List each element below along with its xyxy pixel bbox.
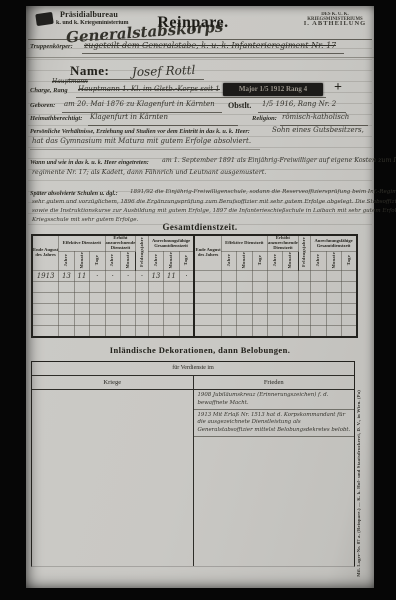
decorations-column-headers: Kriege Frieden: [32, 376, 354, 390]
service-cell: [179, 326, 194, 338]
field-schulen-label: Später absolvierte Schulen u. dgl.:: [30, 190, 118, 197]
service-row: [32, 304, 357, 315]
service-cell: [164, 293, 179, 304]
service-cell: [342, 315, 357, 326]
service-cell: [148, 293, 163, 304]
service-cell: [311, 282, 326, 293]
service-cell: [221, 315, 236, 326]
service-cell: [164, 304, 179, 315]
service-cell: [32, 315, 59, 326]
subcol-jahre: Jahre: [267, 252, 282, 271]
cross-mark: +: [334, 80, 342, 96]
scanned-document-photo: Präsidialbureau k. und k. Kriegsminister…: [0, 0, 396, 600]
kriege-column-empty: [32, 390, 194, 566]
underline: [82, 53, 344, 54]
service-cell: [221, 326, 236, 338]
service-cell: [283, 315, 298, 326]
service-cell: 1913: [32, 271, 59, 282]
field-charge-struck-value: Hauptmann 1. Kl. im Glstb.-Korps seit 1.…: [78, 85, 220, 93]
subcol-tage: Tage: [342, 252, 357, 271]
service-cell: [342, 282, 357, 293]
service-cell: [179, 315, 194, 326]
service-cell: [120, 282, 135, 293]
col-header-effective: Effektive Dienstzeit: [221, 235, 267, 252]
service-cell: [194, 293, 221, 304]
field-geboren-value: am 20. Mai 1876 zu Klagenfurt in Kärnten: [64, 100, 215, 108]
service-cell: [298, 271, 310, 282]
service-cell: [164, 315, 179, 326]
service-cell: [59, 282, 74, 293]
col-kriege: Kriege: [32, 376, 194, 389]
service-cell: [105, 282, 120, 293]
service-cell: ·: [105, 271, 120, 282]
charge-overstamp: Major 1/5 1912 Rang 4: [223, 83, 323, 96]
underline: [68, 79, 204, 80]
subcol-jahre: Jahre: [311, 252, 326, 271]
header-divider: [28, 39, 372, 40]
service-cell: [267, 315, 282, 326]
service-row: 19131311····1311·: [32, 271, 357, 282]
service-row: [32, 282, 357, 293]
service-cell: [221, 293, 236, 304]
service-cell: [237, 282, 252, 293]
field-eintritt-value2: regimente Nr. 17; als Kadett, dann Fähnr…: [32, 169, 266, 176]
service-cell: [298, 304, 310, 315]
service-cell: [32, 282, 59, 293]
subcol-jahre: Jahre: [148, 252, 163, 271]
service-cell: [90, 293, 105, 304]
service-cell: [237, 271, 252, 282]
service-cell: [32, 326, 59, 338]
service-cell: [194, 282, 221, 293]
service-cell: ·: [179, 271, 194, 282]
service-row: [32, 293, 357, 304]
service-cell: [252, 315, 267, 326]
service-cell: [194, 315, 221, 326]
field-schulen-line2: sehr gutem und vorzüglichem, 1896 die Er…: [32, 199, 396, 205]
service-cell: [74, 326, 89, 338]
service-cell: [311, 315, 326, 326]
field-religion-value: römisch-katholisch: [282, 113, 349, 121]
service-row: [32, 326, 357, 338]
col-header-feldzug: Feldzugsjahre: [136, 235, 148, 271]
service-cell: [59, 304, 74, 315]
rank-date-value: 1/5 1916, Rang Nr. 2: [262, 100, 336, 108]
service-cell: [311, 293, 326, 304]
service-cell: [74, 315, 89, 326]
frieden-entry: 1913 Mit Erlaß Nr. 1513 hat d. Korpskomm…: [194, 410, 355, 437]
service-cell: [298, 293, 310, 304]
service-cell: [252, 326, 267, 338]
service-cell: [105, 304, 120, 315]
service-cell: [148, 282, 163, 293]
frieden-entry: 1908 Jubiläumskreuz (Erinnerungszeichen)…: [194, 390, 355, 410]
service-cell: [179, 293, 194, 304]
service-cell: [298, 315, 310, 326]
service-cell: [283, 326, 298, 338]
service-cell: [221, 271, 236, 282]
service-cell: [298, 326, 310, 338]
field-charge-label: Charge, Rang: [30, 87, 68, 94]
col-header-feldzug: Feldzugsjahre: [298, 235, 310, 271]
field-persoenliche-value1: Sohn eines Gutsbesitzers,: [272, 126, 364, 134]
service-cell: [252, 304, 267, 315]
printer-imprint: Mil. Lager-Nr. 87 a. (Reinpare.) — K. k.…: [356, 390, 366, 580]
service-cell: [267, 326, 282, 338]
subcol-jahre: Jahre: [59, 252, 74, 271]
field-geboren-label: Geboren:: [30, 102, 55, 109]
service-cell: [194, 271, 221, 282]
service-cell: [311, 326, 326, 338]
service-cell: [164, 326, 179, 338]
service-cell: [136, 293, 148, 304]
field-truppenkoerper-value: zugeteilt dem Generalstabe, k. u. k. Inf…: [84, 41, 336, 50]
field-schulen-line1: 1891/92 die Einjährig-Freiwilligenschule…: [130, 189, 396, 195]
service-table-body: 19131311····1311·: [32, 271, 357, 338]
subcol-tage: Tage: [252, 252, 267, 271]
subcol-tage: Tage: [90, 252, 105, 271]
col-header-gesamt: Anrechnungsfähige Gesamtdienstzeit: [148, 235, 194, 252]
underline: [30, 149, 260, 150]
service-cell: [237, 315, 252, 326]
table-header-row: Ende August des Jahres Effektive Dienstz…: [32, 235, 357, 252]
col-header-year: Ende August des Jahres: [194, 235, 221, 271]
service-cell: [252, 282, 267, 293]
field-name-label: Name:: [70, 63, 109, 79]
rank-stamp: Obstlt.: [228, 101, 251, 110]
service-cell: [32, 293, 59, 304]
service-cell: [194, 304, 221, 315]
service-cell: [237, 304, 252, 315]
service-cell: [326, 293, 341, 304]
service-cell: [164, 282, 179, 293]
service-cell: [237, 293, 252, 304]
service-cell: [311, 304, 326, 315]
service-cell: [90, 315, 105, 326]
service-cell: [326, 304, 341, 315]
field-eintritt-label: Wann und wie in das k. u. k. Heer einget…: [30, 159, 149, 166]
service-cell: [326, 282, 341, 293]
service-cell: [136, 282, 148, 293]
name-margin-note: Hauptmann: [52, 78, 88, 85]
service-cell: [59, 326, 74, 338]
service-cell: [311, 271, 326, 282]
field-schulen-line3: sowie die Instruktionskurse zur Ausbildu…: [32, 208, 396, 214]
service-cell: [283, 304, 298, 315]
decorations-body: 1908 Jubiläumskreuz (Erinnerungszeichen)…: [32, 390, 354, 566]
subcol-monate: Monate: [237, 252, 252, 271]
service-cell: [179, 282, 194, 293]
service-cell: [120, 304, 135, 315]
col-frieden: Frieden: [194, 376, 355, 389]
service-cell: [120, 326, 135, 338]
service-cell: [326, 326, 341, 338]
service-cell: [283, 293, 298, 304]
field-heimath-value: Klagenfurt in Kärnten: [90, 113, 168, 121]
frieden-column: 1908 Jubiläumskreuz (Erinnerungszeichen)…: [194, 390, 355, 566]
subcol-monate: Monate: [164, 252, 179, 271]
service-cell: [267, 282, 282, 293]
service-cell: [136, 326, 148, 338]
service-cell: [59, 293, 74, 304]
service-cell: 11: [74, 271, 89, 282]
subcol-jahre: Jahre: [221, 252, 236, 271]
service-cell: [59, 315, 74, 326]
service-cell: [179, 304, 194, 315]
field-persoenliche-label: Persönliche Verhältnisse, Erziehung und …: [30, 128, 250, 135]
decorations-table: für Verdienste im Kriege Frieden 1908 Ju…: [31, 361, 355, 567]
service-cell: [267, 304, 282, 315]
service-cell: [221, 304, 236, 315]
service-cell: ·: [120, 271, 135, 282]
service-cell: [326, 315, 341, 326]
service-cell: [120, 315, 135, 326]
service-cell: [267, 271, 282, 282]
service-cell: ·: [136, 271, 148, 282]
service-cell: [90, 304, 105, 315]
service-cell: 13: [148, 271, 163, 282]
service-cell: [90, 326, 105, 338]
service-cell: [74, 293, 89, 304]
service-cell: [342, 271, 357, 282]
service-cell: [283, 282, 298, 293]
document-title: Reinpare.: [138, 14, 248, 32]
col-header-erhoeht: Erhöht anzurechnende Dienstzeit: [105, 235, 136, 252]
service-cell: [136, 304, 148, 315]
service-table: Ende August des Jahres Effektive Dienstz…: [31, 234, 358, 338]
service-cell: [74, 304, 89, 315]
decorations-title: Inländische Dekorationen, dann Belobunge…: [26, 345, 374, 355]
col-header-erhoeht: Erhöht anzurechnende Dienstzeit: [267, 235, 298, 252]
col-header-effective: Effektive Dienstzeit: [59, 235, 105, 252]
service-cell: [90, 282, 105, 293]
service-cell: [326, 271, 341, 282]
service-cell: [105, 293, 120, 304]
service-cell: [221, 282, 236, 293]
service-cell: [32, 304, 59, 315]
underline: [76, 97, 326, 98]
subcol-monate: Monate: [283, 252, 298, 271]
divider: [26, 57, 374, 58]
underline: [88, 125, 238, 126]
service-cell: [298, 282, 310, 293]
field-name-value: Josef Rottl: [132, 63, 196, 79]
service-cell: [342, 326, 357, 338]
service-cell: [267, 293, 282, 304]
col-header-year: Ende August des Jahres: [32, 235, 59, 271]
service-cell: [136, 315, 148, 326]
hand-stamp-icon: [35, 12, 54, 26]
field-eintritt-value1: am 1. September 1891 als Einjährig-Freiw…: [162, 157, 396, 164]
subcol-tage: Tage: [179, 252, 194, 271]
col-header-gesamt: Anrechnungsfähige Gesamtdienstzeit: [311, 235, 357, 252]
subcol-monate: Monate: [326, 252, 341, 271]
service-cell: [120, 293, 135, 304]
service-cell: [237, 326, 252, 338]
service-cell: 11: [164, 271, 179, 282]
registry-stamp-line2: I. ABTHEILUNG: [298, 20, 372, 27]
subcol-monate: Monate: [74, 252, 89, 271]
decorations-span-header: für Verdienste im: [32, 362, 354, 376]
service-cell: [105, 315, 120, 326]
service-cell: [148, 326, 163, 338]
service-cell: ·: [90, 271, 105, 282]
service-cell: [148, 304, 163, 315]
service-cell: [252, 271, 267, 282]
field-persoenliche-value2: hat das Gymnasium mit Matura mit gutem E…: [32, 137, 251, 145]
service-cell: [283, 271, 298, 282]
service-cell: [342, 293, 357, 304]
document-page: Präsidialbureau k. und k. Kriegsminister…: [26, 6, 374, 588]
bureau-name: Präsidialbureau: [60, 10, 118, 19]
service-cell: [148, 315, 163, 326]
field-religion-label: Religion:: [252, 115, 277, 122]
service-cell: [74, 282, 89, 293]
service-cell: [194, 326, 221, 338]
subcol-jahre: Jahre: [105, 252, 120, 271]
service-cell: [342, 304, 357, 315]
service-row: [32, 315, 357, 326]
field-truppenkoerper-label: Truppenkörper:: [30, 43, 73, 50]
service-table-title: Gesamtdienstzeit.: [26, 222, 374, 232]
subcol-monate: Monate: [120, 252, 135, 271]
service-cell: 13: [59, 271, 74, 282]
service-cell: [252, 293, 267, 304]
field-heimath-label: Heimathberechtigt:: [30, 115, 82, 122]
service-cell: [105, 326, 120, 338]
